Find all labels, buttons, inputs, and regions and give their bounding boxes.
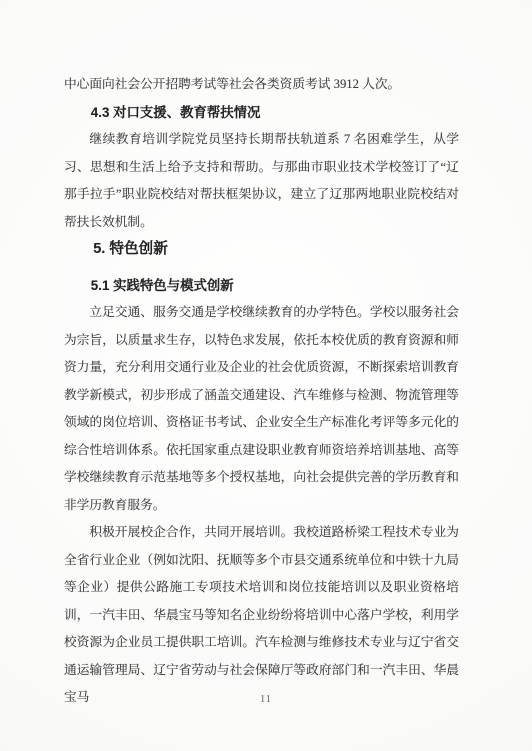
page-content: 中心面向社会公开招聘考试等社会各类资质考试 3912 人次。 4.3 对口支援、… [64,71,459,712]
paragraph-section-5-1-first: 立足交通、服务交通是学校继续教育的办学特色。学校以服务社会为宗旨，以质量求生存，… [64,299,459,519]
page-number: 11 [0,694,532,705]
heading-section-5: 5. 特色创新 [64,236,459,264]
document-page: 中心面向社会公开招聘考试等社会各类资质考试 3912 人次。 4.3 对口支援、… [0,0,532,751]
paragraph-section-4-3: 继续教育培训学院党员坚持长期帮扶轨道系 7 名困难学生，从学习、思想和生活上给予… [64,126,459,236]
paragraph-continuation: 中心面向社会公开招聘考试等社会各类资质考试 3912 人次。 [64,71,459,99]
scanned-document-page: { "page": { "background_color": "#fbfbfa… [0,0,532,751]
heading-section-4-3: 4.3 对口支援、教育帮扶情况 [64,99,459,127]
heading-section-5-1: 5.1 实践特色与模式创新 [64,272,459,300]
paragraph-section-5-1-second: 积极开展校企合作，共同开展培训。我校道路桥梁工程技术专业为全省行业企业（例如沈阳… [64,519,459,712]
